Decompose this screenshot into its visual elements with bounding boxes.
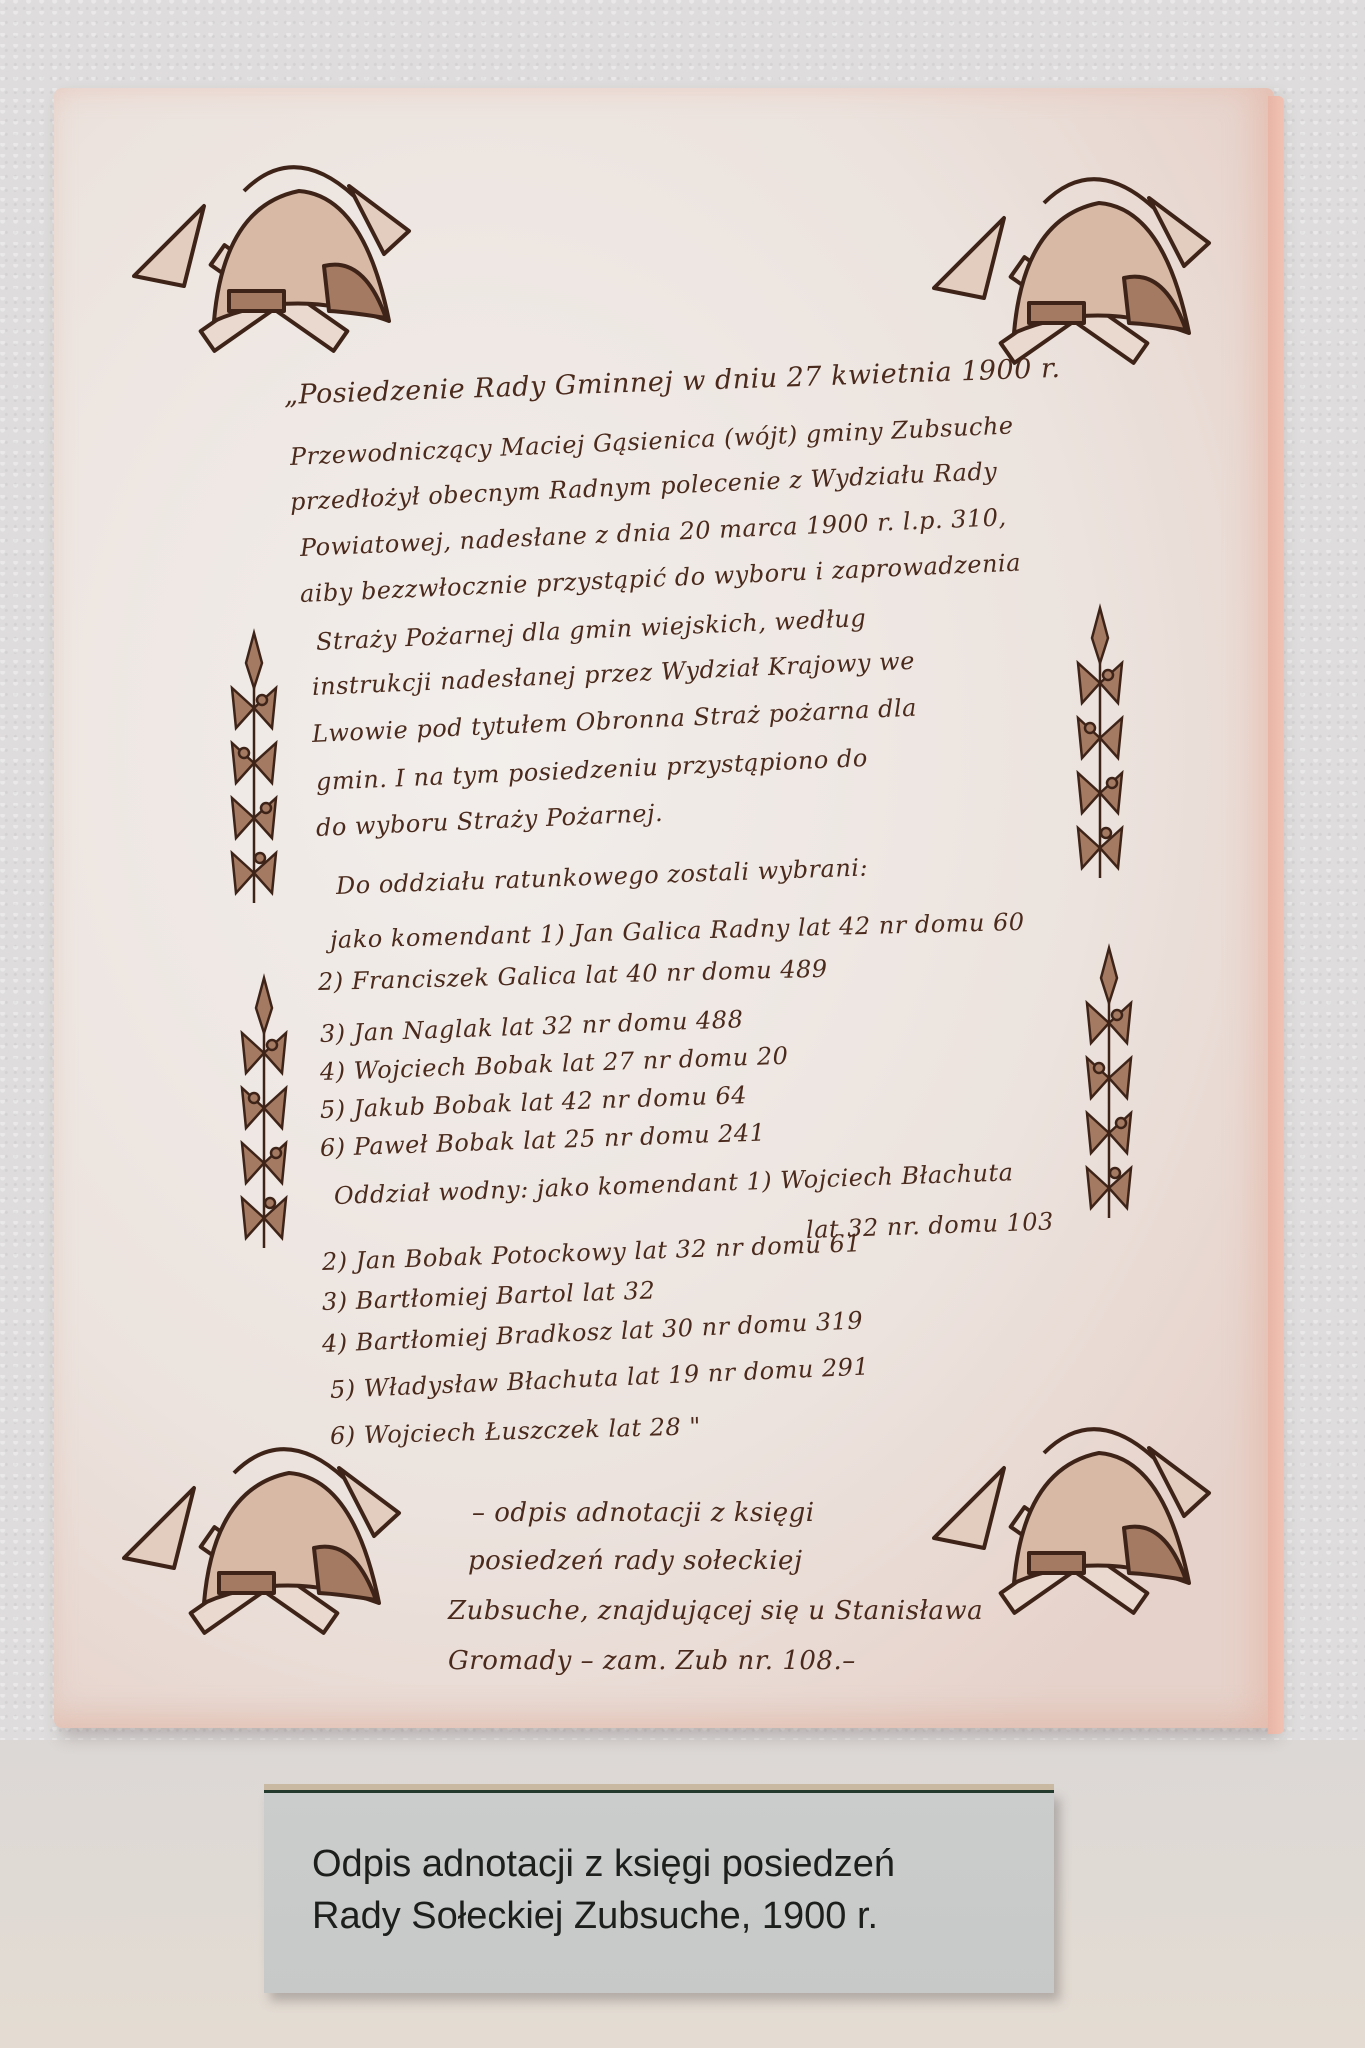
laurel-sprig-icon [234, 963, 294, 1263]
rescue-member: 6) Paweł Bobak lat 25 nr domu 241 [320, 1118, 766, 1162]
helmet-axes-icon [124, 136, 424, 376]
caption-plaque: Odpis adnotacji z księgi posiedzeń Rady … [264, 1790, 1054, 1993]
body-line: Lwowie pod tytułem Obronna Straż pożarna… [311, 694, 917, 748]
laurel-sprig-icon [224, 628, 284, 908]
water-member: 5) Władysław Błachuta lat 19 nr domu 291 [329, 1352, 869, 1404]
body-line: do wyboru Straży Pożarnej. [315, 799, 663, 842]
body-line: aiby bezzwłocznie przystąpić do wyboru i… [299, 549, 1021, 608]
document-canvas: „Posiedzenie Rady Gminnej w dniu 27 kwie… [54, 88, 1274, 1728]
body-line: gmin. I na tym posiedzeniu przystąpiono … [315, 744, 868, 796]
footnote-line: Gromady – zam. Zub nr. 108.– [448, 1646, 856, 1676]
body-line: instrukcji nadesłanej przez Wydział Kraj… [311, 647, 915, 701]
water-member: 4) Bartłomiej Bradkosz lat 30 nr domu 31… [321, 1306, 863, 1358]
body-line: Straży Pożarnej dla gmin wiejskich, wedł… [315, 604, 866, 656]
footnote-line: Zubsuche, znajdującej się u Stanisława [448, 1596, 983, 1626]
helmet-axes-icon [924, 148, 1224, 388]
plaque-line-1: Odpis adnotacji z księgi posiedzeń [312, 1843, 895, 1886]
plaque-line-2: Rady Sołeckiej Zubsuche, 1900 r. [312, 1895, 878, 1938]
helmet-axes-icon [114, 1418, 414, 1658]
rescue-member: 4) Wojciech Bobak lat 27 nr domu 20 [320, 1042, 789, 1086]
rescue-member: 5) Jakub Bobak lat 42 nr domu 64 [320, 1081, 748, 1124]
rescue-member: jako komendant 1) Jan Galica Radny lat 4… [330, 908, 1025, 954]
canvas-edge [1268, 96, 1284, 1734]
footnote-line: posiedzeń rady sołeckiej [468, 1546, 803, 1576]
laurel-sprig-icon [1070, 603, 1130, 883]
rescue-unit-heading: Do oddziału ratunkowego zostali wybrani: [336, 853, 869, 900]
footnote-line: – odpis adnotacji z księgi [472, 1498, 815, 1528]
water-unit-heading: Oddział wodny: jako komendant 1) Wojciec… [334, 1158, 1014, 1210]
laurel-sprig-icon [1079, 928, 1139, 1238]
rescue-member: 3) Jan Naglak lat 32 nr domu 488 [320, 1005, 744, 1048]
water-member: 3) Bartłomiej Bartol lat 32 [322, 1276, 656, 1316]
rescue-member: 2) Franciszek Galica lat 40 nr domu 489 [318, 955, 828, 996]
water-member: 2) Jan Bobak Potockowy lat 32 nr domu 61 [322, 1229, 862, 1276]
